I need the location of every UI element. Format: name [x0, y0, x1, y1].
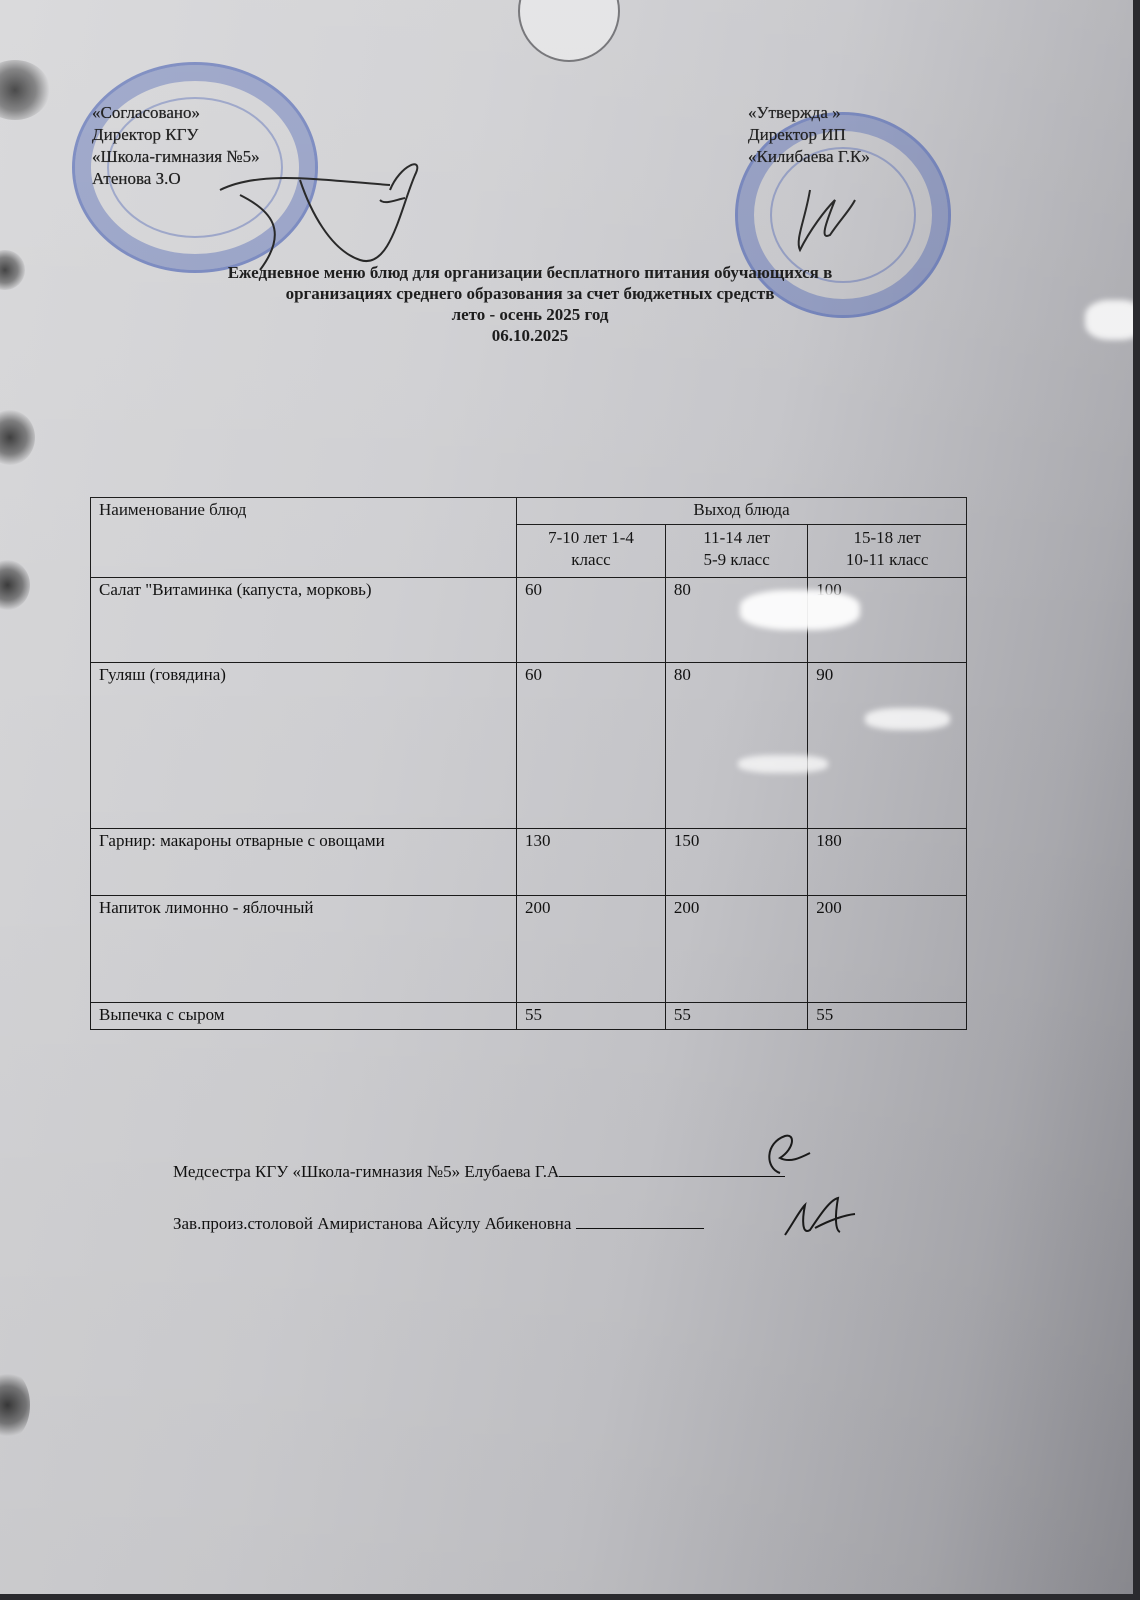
cook-signature-line: [576, 1212, 704, 1229]
dish-name: Гуляш (говядина): [91, 663, 517, 829]
cook-signoff: Зав.произ.столовой Амиристанова Айсулу А…: [173, 1212, 704, 1234]
portion-value: 200: [517, 896, 666, 1003]
approval-approved-block: «Утвержда » Директор ИП «Килибаева Г.К»: [748, 102, 870, 168]
toner-smudge: [0, 560, 30, 610]
table-row: Гуляш (говядина) 60 80 90: [91, 663, 967, 829]
toner-smudge: [0, 60, 50, 120]
light-glare: [865, 708, 950, 730]
cook-signoff-text: Зав.произ.столовой Амиристанова Айсулу А…: [173, 1214, 571, 1233]
cook-signature: [780, 1190, 860, 1250]
title-line-1: Ежедневное меню блюд для организации бес…: [90, 262, 970, 283]
nurse-signoff: Медсестра КГУ «Школа-гимназия №5» Елубае…: [173, 1160, 785, 1182]
table-row: Гарнир: макароны отварные с овощами 130 …: [91, 829, 967, 896]
light-glare: [738, 755, 828, 773]
table-row: Выпечка с сыром 55 55 55: [91, 1003, 967, 1030]
dish-name: Напиток лимонно - яблочный: [91, 896, 517, 1003]
approval-approved-position: Директор ИП: [748, 124, 870, 146]
table-header-row: Наименование блюд Выход блюда: [91, 498, 967, 525]
portion-value: 150: [665, 829, 807, 896]
portion-value: 180: [808, 829, 967, 896]
light-glare: [740, 590, 860, 630]
portion-value: 200: [665, 896, 807, 1003]
approval-agreed-position: Директор КГУ: [92, 124, 260, 146]
nurse-signature-line: [559, 1160, 785, 1177]
approval-approved-org: «Килибаева Г.К»: [748, 146, 870, 168]
nurse-signature: [755, 1128, 815, 1183]
approval-approved-label: «Утвержда »: [748, 102, 870, 124]
portion-value: 55: [808, 1003, 967, 1030]
header-age-group: 11-14 лет5-9 класс: [665, 525, 807, 578]
toner-smudge: [0, 250, 25, 290]
toner-smudge: [0, 410, 35, 465]
toner-smudge: [0, 1370, 30, 1440]
header-dish-name: Наименование блюд: [91, 498, 517, 578]
dish-name: Гарнир: макароны отварные с овощами: [91, 829, 517, 896]
portion-value: 60: [517, 578, 666, 663]
portion-value: 90: [808, 663, 967, 829]
portion-value: 60: [517, 663, 666, 829]
header-age-group: 15-18 лет10-11 класс: [808, 525, 967, 578]
header-age-group: 7-10 лет 1-4класс: [517, 525, 666, 578]
menu-document: «Согласовано» Директор КГУ «Школа-гимназ…: [0, 0, 1133, 1594]
header-output: Выход блюда: [517, 498, 967, 525]
dish-name: Выпечка с сыром: [91, 1003, 517, 1030]
portion-value: 55: [665, 1003, 807, 1030]
approval-agreed-label: «Согласовано»: [92, 102, 260, 124]
portion-value: 130: [517, 829, 666, 896]
document-title: Ежедневное меню блюд для организации бес…: [90, 262, 970, 346]
dish-name: Салат "Витаминка (капуста, морковь): [91, 578, 517, 663]
punch-hole: [518, 0, 620, 62]
title-line-2: организациях среднего образования за сче…: [90, 283, 970, 304]
menu-table: Наименование блюд Выход блюда 7-10 лет 1…: [90, 497, 967, 1030]
portion-value: 200: [808, 896, 967, 1003]
light-glare: [1085, 300, 1133, 340]
title-date: 06.10.2025: [90, 325, 970, 346]
ip-director-signature: [780, 180, 860, 260]
nurse-signoff-text: Медсестра КГУ «Школа-гимназия №5» Елубае…: [173, 1162, 559, 1181]
portion-value: 55: [517, 1003, 666, 1030]
portion-value: 80: [665, 663, 807, 829]
title-season: лето - осень 2025 год: [90, 304, 970, 325]
table-row: Напиток лимонно - яблочный 200 200 200: [91, 896, 967, 1003]
